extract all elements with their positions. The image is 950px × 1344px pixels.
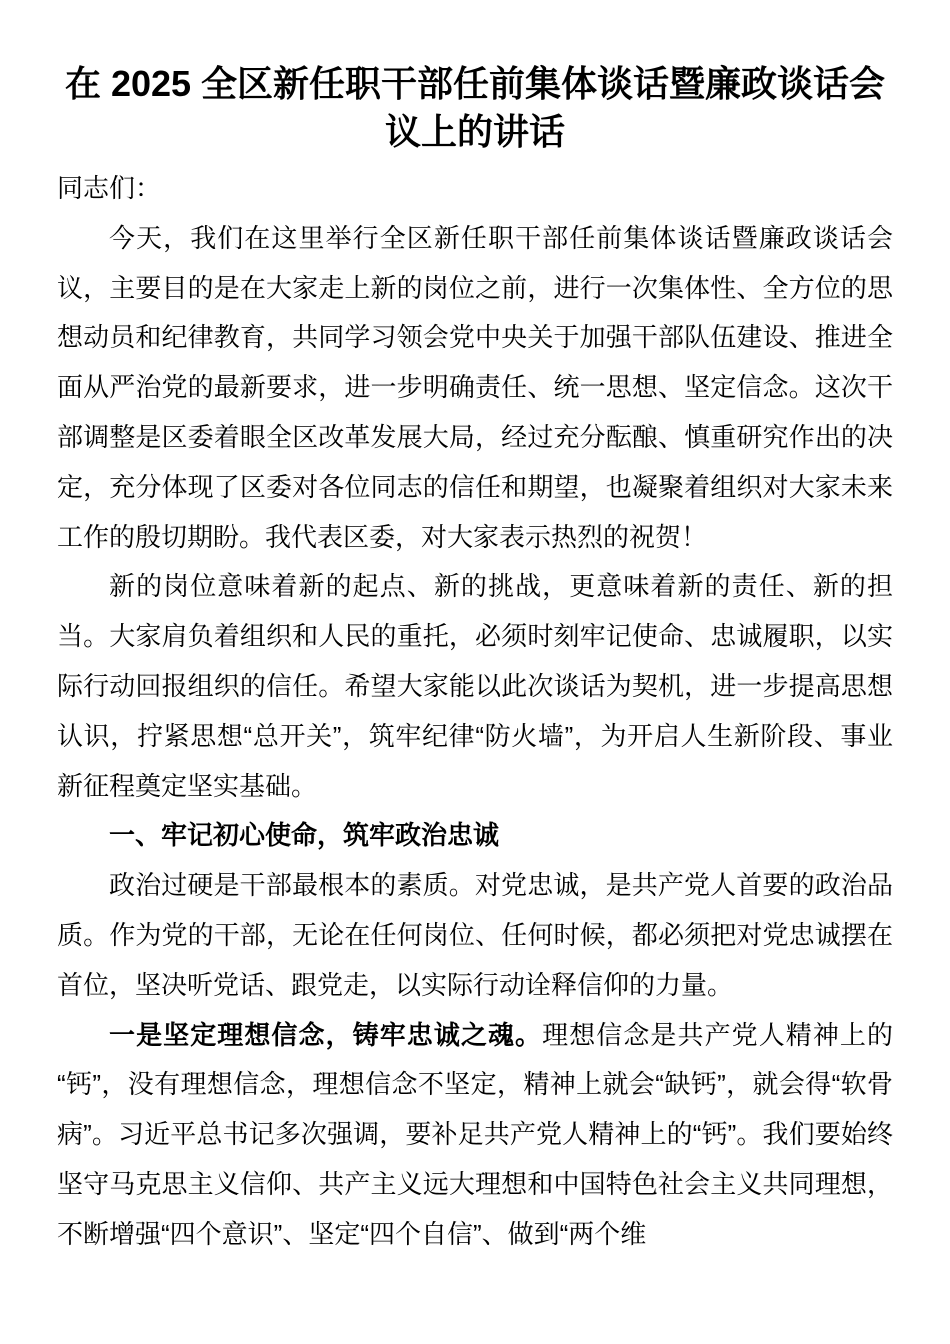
- section-heading-political-loyalty: 一、牢记初心使命，筑牢政治忠诚: [57, 811, 893, 861]
- paragraph-new-position-expectations: 新的岗位意味着新的起点、新的挑战，更意味着新的责任、新的担当。大家肩负着组织和人…: [57, 562, 893, 811]
- paragraph-ideals-beliefs: 一是坚定理想信念，铸牢忠诚之魂。理想信念是共产党人精神上的“钙”，没有理想信念，…: [57, 1011, 893, 1260]
- page-title: 在 2025 全区新任职干部任前集体谈话暨廉政谈话会议上的讲话: [57, 60, 893, 156]
- paragraph-ideals-bold-lead: 一是坚定理想信念，铸牢忠诚之魂。: [109, 1020, 542, 1050]
- paragraph-political-quality: 政治过硬是干部最根本的素质。对党忠诚，是共产党人首要的政治品质。作为党的干部，无…: [57, 861, 893, 1010]
- paragraph-meeting-purpose: 今天，我们在这里举行全区新任职干部任前集体谈话暨廉政谈话会议，主要目的是在大家走…: [57, 214, 893, 563]
- paragraph-ideals-body-text: 理想信念是共产党人精神上的“钙”，没有理想信念，理想信念不坚定，精神上就会“缺钙…: [57, 1020, 893, 1249]
- salutation: 同志们：: [57, 164, 893, 214]
- document-page: 在 2025 全区新任职干部任前集体谈话暨廉政谈话会议上的讲话 同志们： 今天，…: [0, 0, 950, 1344]
